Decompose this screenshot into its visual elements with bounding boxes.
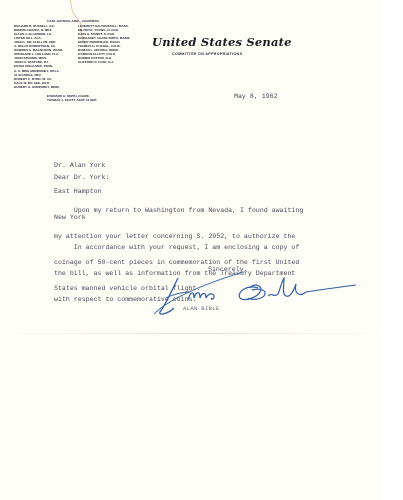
clerk-name: THOMAS J. SCOTT, ASST. CLERK: [47, 98, 97, 102]
committee-members-right: LEVERETT SALTONSTALL, MASS. MILTON R. YO…: [78, 24, 130, 64]
committee-name: COMMITTEE ON APPROPRIATIONS: [172, 52, 242, 56]
member-name: A. S. MIKE MONRONEY, OKLA.: [14, 69, 63, 73]
committee-chairman: CARL HAYDEN, ARIZ., CHAIRMAN: [47, 19, 99, 23]
signer-name: ALAN BIBLE: [183, 305, 220, 314]
committee-clerks: EVERARD H. SMITH, CLERK THOMAS J. SCOTT,…: [47, 94, 97, 102]
letter-page: CARL HAYDEN, ARIZ., CHAIRMAN RICHARD B. …: [0, 0, 381, 500]
paper-fold-line: [0, 333, 381, 334]
signature-icon: [148, 270, 358, 318]
salutation: Dear Dr. York:: [54, 174, 109, 183]
body-line: Upon my return to Washington from Nevada…: [54, 207, 303, 216]
senate-title: United States Senate: [152, 35, 292, 49]
address-line: Dr. Alan York: [54, 162, 105, 171]
letter-date: May 8, 1962: [234, 93, 278, 102]
member-name: CLIFFORD P. CASE, N.J.: [78, 60, 130, 64]
member-name: HUBERT H. HUMPHREY, MINN.: [14, 85, 63, 89]
body-line: In accordance with your request, I am en…: [54, 244, 299, 253]
committee-members-left: RICHARD B. RUSSELL, GA. DENNIS CHAVEZ, N…: [14, 24, 63, 89]
